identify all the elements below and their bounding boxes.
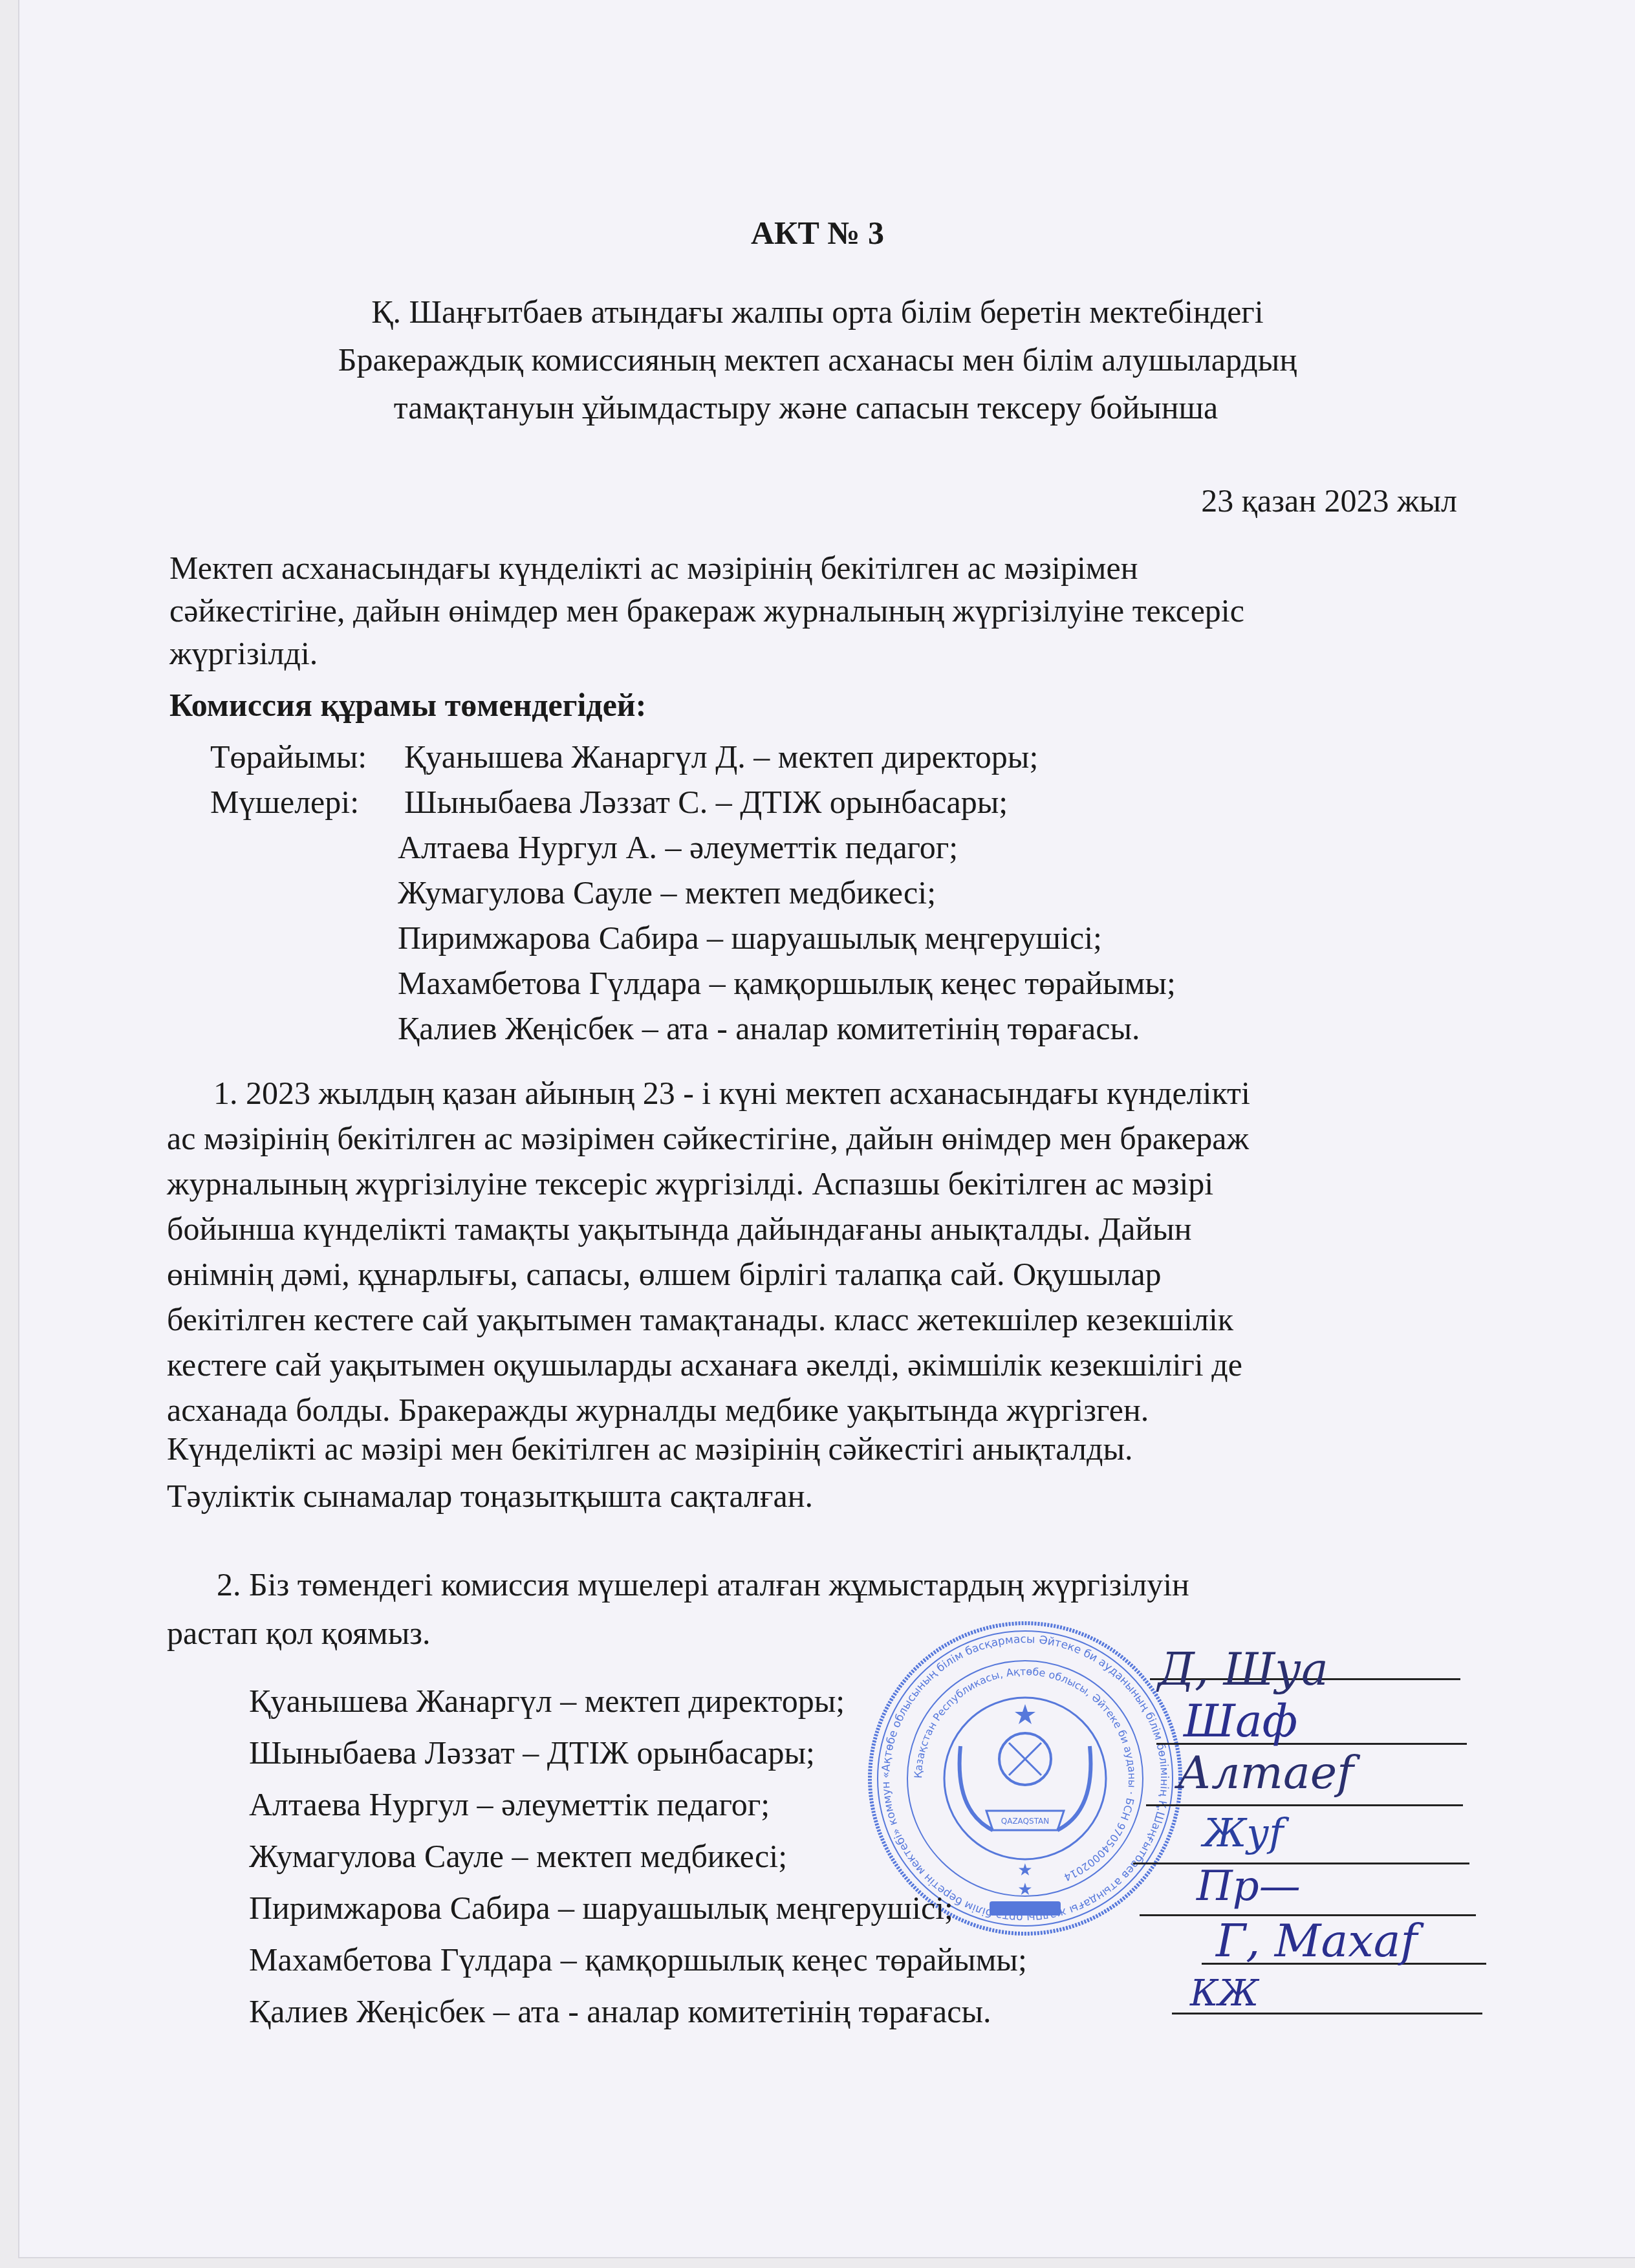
commission-member-1: Қуанышева Жанаргүл Д. – мектеп директоры… <box>404 737 1038 776</box>
svg-text:★: ★ <box>1017 1861 1032 1880</box>
document-date: 23 қазан 2023 жыл <box>1201 481 1457 520</box>
svg-text:★: ★ <box>1017 1880 1032 1899</box>
signature-1: Д, Шуа <box>1158 1643 1328 1696</box>
signature-4: Жуf <box>1203 1811 1283 1856</box>
signature-7: КЖ <box>1190 1972 1259 2014</box>
signatory-2: Шыныбаева Ләззат – ДТІЖ орынбасары; <box>249 1733 815 1772</box>
signature-5: Пр— <box>1196 1863 1301 1910</box>
signatory-6: Махамбетова Гүлдара – қамқоршылық кеңес … <box>249 1940 1027 1979</box>
signatory-4: Жумагулова Сауле – мектеп медбикесі; <box>249 1837 787 1875</box>
paragraph-1-line-5: өнімнің дәмі, құнарлығы, сапасы, өлшем б… <box>167 1255 1162 1293</box>
commission-heading: Комиссия құрамы төмендегідей: <box>169 686 646 724</box>
paragraph-1-line-10: Тәуліктік сынамалар тоңазытқышта сақталғ… <box>167 1476 813 1515</box>
signatory-3: Алтаева Нургул – әлеуметтік педагог; <box>249 1785 770 1824</box>
subtitle-line-3: тамақтануын ұйымдастыру және сапасын тек… <box>0 388 1623 427</box>
members-label: Мүшелері: <box>210 783 359 821</box>
signatory-7: Қалиев Жеңісбек – ата - аналар комитетін… <box>249 1992 991 2031</box>
subtitle-line-2: Бракераждық комиссияның мектеп асханасы … <box>0 340 1635 379</box>
intro-line-3: жүргізілді. <box>169 634 318 673</box>
intro-line-1: Мектеп асханасындағы күнделікті ас мәзір… <box>169 548 1138 587</box>
paragraph-1-line-2: ас мәзірінің бекітілген ас мәзірімен сәй… <box>167 1119 1249 1158</box>
subtitle-line-1: Қ. Шаңғытбаев атындағы жалпы орта білім … <box>0 292 1635 331</box>
intro-line-2: сәйкестігіне, дайын өнімдер мен бракераж… <box>169 591 1244 630</box>
paragraph-2-line-1: 2. Біз төмендегі комиссия мүшелері аталғ… <box>217 1565 1189 1604</box>
commission-member-2: Шыныбаева Ләззат С. – ДТІЖ орынбасары; <box>404 783 1008 821</box>
paragraph-1-line-8: асханада болды. Бракеражды журналды медб… <box>167 1390 1149 1429</box>
commission-member-6: Махамбетова Гүлдара – қамқоршылық кеңес … <box>398 964 1176 1002</box>
svg-text:QAZAQSTAN: QAZAQSTAN <box>1001 1817 1050 1826</box>
commission-member-4: Жумагулова Сауле – мектеп медбикесі; <box>398 873 936 912</box>
paragraph-1-line-1: 1. 2023 жылдың қазан айының 23 - і күні … <box>213 1074 1250 1112</box>
signature-2: Шаф <box>1184 1694 1297 1747</box>
commission-member-3: Алтаева Нургул А. – әлеуметтік педагог; <box>398 828 958 867</box>
paragraph-1-line-9: Күнделікті ас мәзірі мен бекітілген ас м… <box>167 1429 1132 1468</box>
paragraph-1-line-3: журналының жүргізілуіне тексеріс жүргізі… <box>167 1164 1213 1203</box>
paragraph-1-line-6: бекітілген кестеге сай уақытымен тамақта… <box>167 1300 1233 1339</box>
paragraph-2-line-2: растап қол қоямыз. <box>167 1614 431 1652</box>
chair-label: Төрайымы: <box>210 737 367 776</box>
signature-6: Г, Махаf <box>1216 1914 1417 1967</box>
document-title: АКТ № 3 <box>0 213 1635 252</box>
paragraph-1-line-7: кестеге сай уақытымен оқушыларды асханағ… <box>167 1345 1242 1384</box>
signature-3: Алтаеf <box>1177 1746 1354 1799</box>
paragraph-1-line-4: бойынша күнделікті тамақты уақытында дай… <box>167 1209 1192 1248</box>
signature-line-4 <box>1133 1863 1469 1864</box>
signature-line-3 <box>1146 1804 1463 1806</box>
commission-member-7: Қалиев Жеңісбек – ата - аналар комитетін… <box>398 1009 1140 1048</box>
signatory-1: Қуанышева Жанаргүл – мектеп директоры; <box>249 1681 845 1720</box>
signatory-5: Пиримжарова Сабира – шаруашылық меңгеруш… <box>249 1888 953 1927</box>
commission-member-5: Пиримжарова Сабира – шаруашылық меңгеруш… <box>398 918 1102 957</box>
